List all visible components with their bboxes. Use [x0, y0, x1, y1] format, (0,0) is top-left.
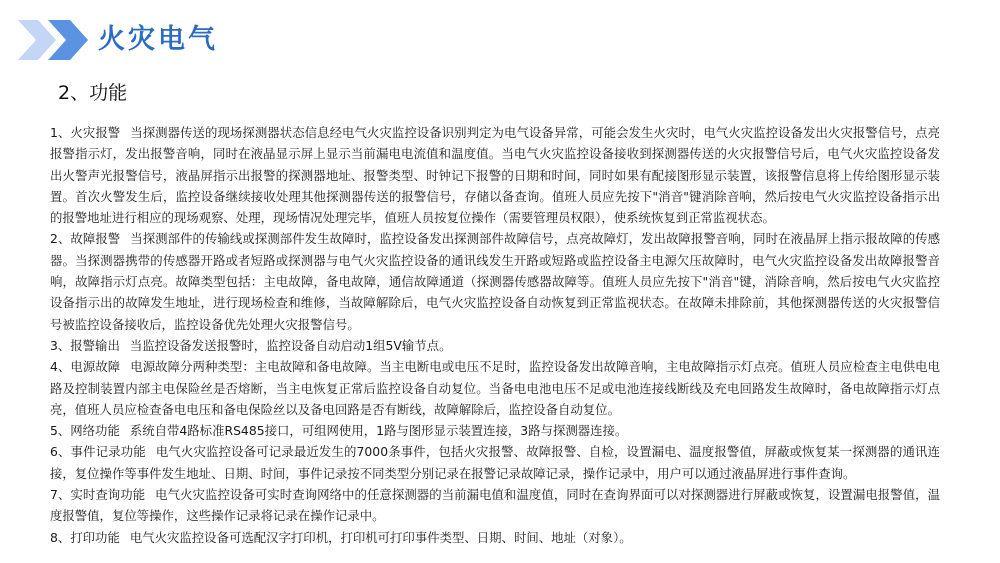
item-text: 当探测器传送的现场探测器状态信息经电气火灾监控设备识别判定为电气设备异常，可能会…	[50, 125, 940, 225]
item-label: 6、事件记录功能	[50, 444, 146, 459]
function-item-power-fault: 4、电源故障电源故障分两种类型：主电故障和备电故障。当主电断电或电压不足时，监控…	[50, 356, 940, 420]
function-item-fire-alarm: 1、火灾报警当探测器传送的现场探测器状态信息经电气火灾监控设备识别判定为电气设备…	[50, 122, 940, 228]
slide-header: 火灾电气	[18, 20, 218, 60]
item-text: 电气火灾监控设备可实时查询网络中的任意探测器的当前漏电值和温度值，同时在查询界面…	[50, 487, 940, 523]
item-text: 系统自带4路标准RS485接口，可组网使用，1路与图形显示装置连接，3路与探测器…	[130, 423, 627, 438]
function-item-fault-alarm: 2、故障报警当探测部件的传输线或探测部件发生故障时，监控设备发出探测部件故障信号…	[50, 228, 940, 334]
section-heading: 2、功能	[58, 80, 127, 106]
item-label: 1、火灾报警	[50, 125, 120, 140]
slide-title: 火灾电气	[98, 20, 218, 60]
function-item-realtime-query: 7、实时查询功能电气火灾监控设备可实时查询网络中的任意探测器的当前漏电值和温度值…	[50, 484, 940, 527]
function-item-event-log: 6、事件记录功能电气火灾监控设备可记录最近发生的7000条事件，包括火灾报警、故…	[50, 441, 940, 484]
item-text: 电源故障分两种类型：主电故障和备电故障。当主电断电或电压不足时，监控设备发出故障…	[50, 359, 940, 417]
item-text: 当监控设备发送报警时，监控设备自动启动1组5V输节点。	[130, 338, 452, 353]
item-label: 4、电源故障	[50, 359, 120, 374]
item-label: 3、报警输出	[50, 338, 120, 353]
function-item-alarm-output: 3、报警输出当监控设备发送报警时，监控设备自动启动1组5V输节点。	[50, 335, 940, 356]
item-text: 当探测部件的传输线或探测部件发生故障时，监控设备发出探测部件故障信号，点亮故障灯…	[50, 231, 940, 331]
item-label: 5、网络功能	[50, 423, 120, 438]
function-item-print: 8、打印功能电气火灾监控设备可选配汉字打印机，打印机可打印事件类型、日期、时间、…	[50, 527, 940, 548]
item-text: 电气火灾监控设备可记录最近发生的7000条事件，包括火灾报警、故障报警、自检，设…	[50, 444, 940, 480]
item-label: 7、实时查询功能	[50, 487, 145, 502]
double-chevron-right-icon	[18, 20, 92, 60]
item-label: 8、打印功能	[50, 530, 120, 545]
item-label: 2、故障报警	[50, 231, 120, 246]
function-list: 1、火灾报警当探测器传送的现场探测器状态信息经电气火灾监控设备识别判定为电气设备…	[50, 122, 940, 548]
item-text: 电气火灾监控设备可选配汉字打印机，打印机可打印事件类型、日期、时间、地址（对象）…	[130, 530, 632, 545]
function-item-network: 5、网络功能系统自带4路标准RS485接口，可组网使用，1路与图形显示装置连接，…	[50, 420, 940, 441]
